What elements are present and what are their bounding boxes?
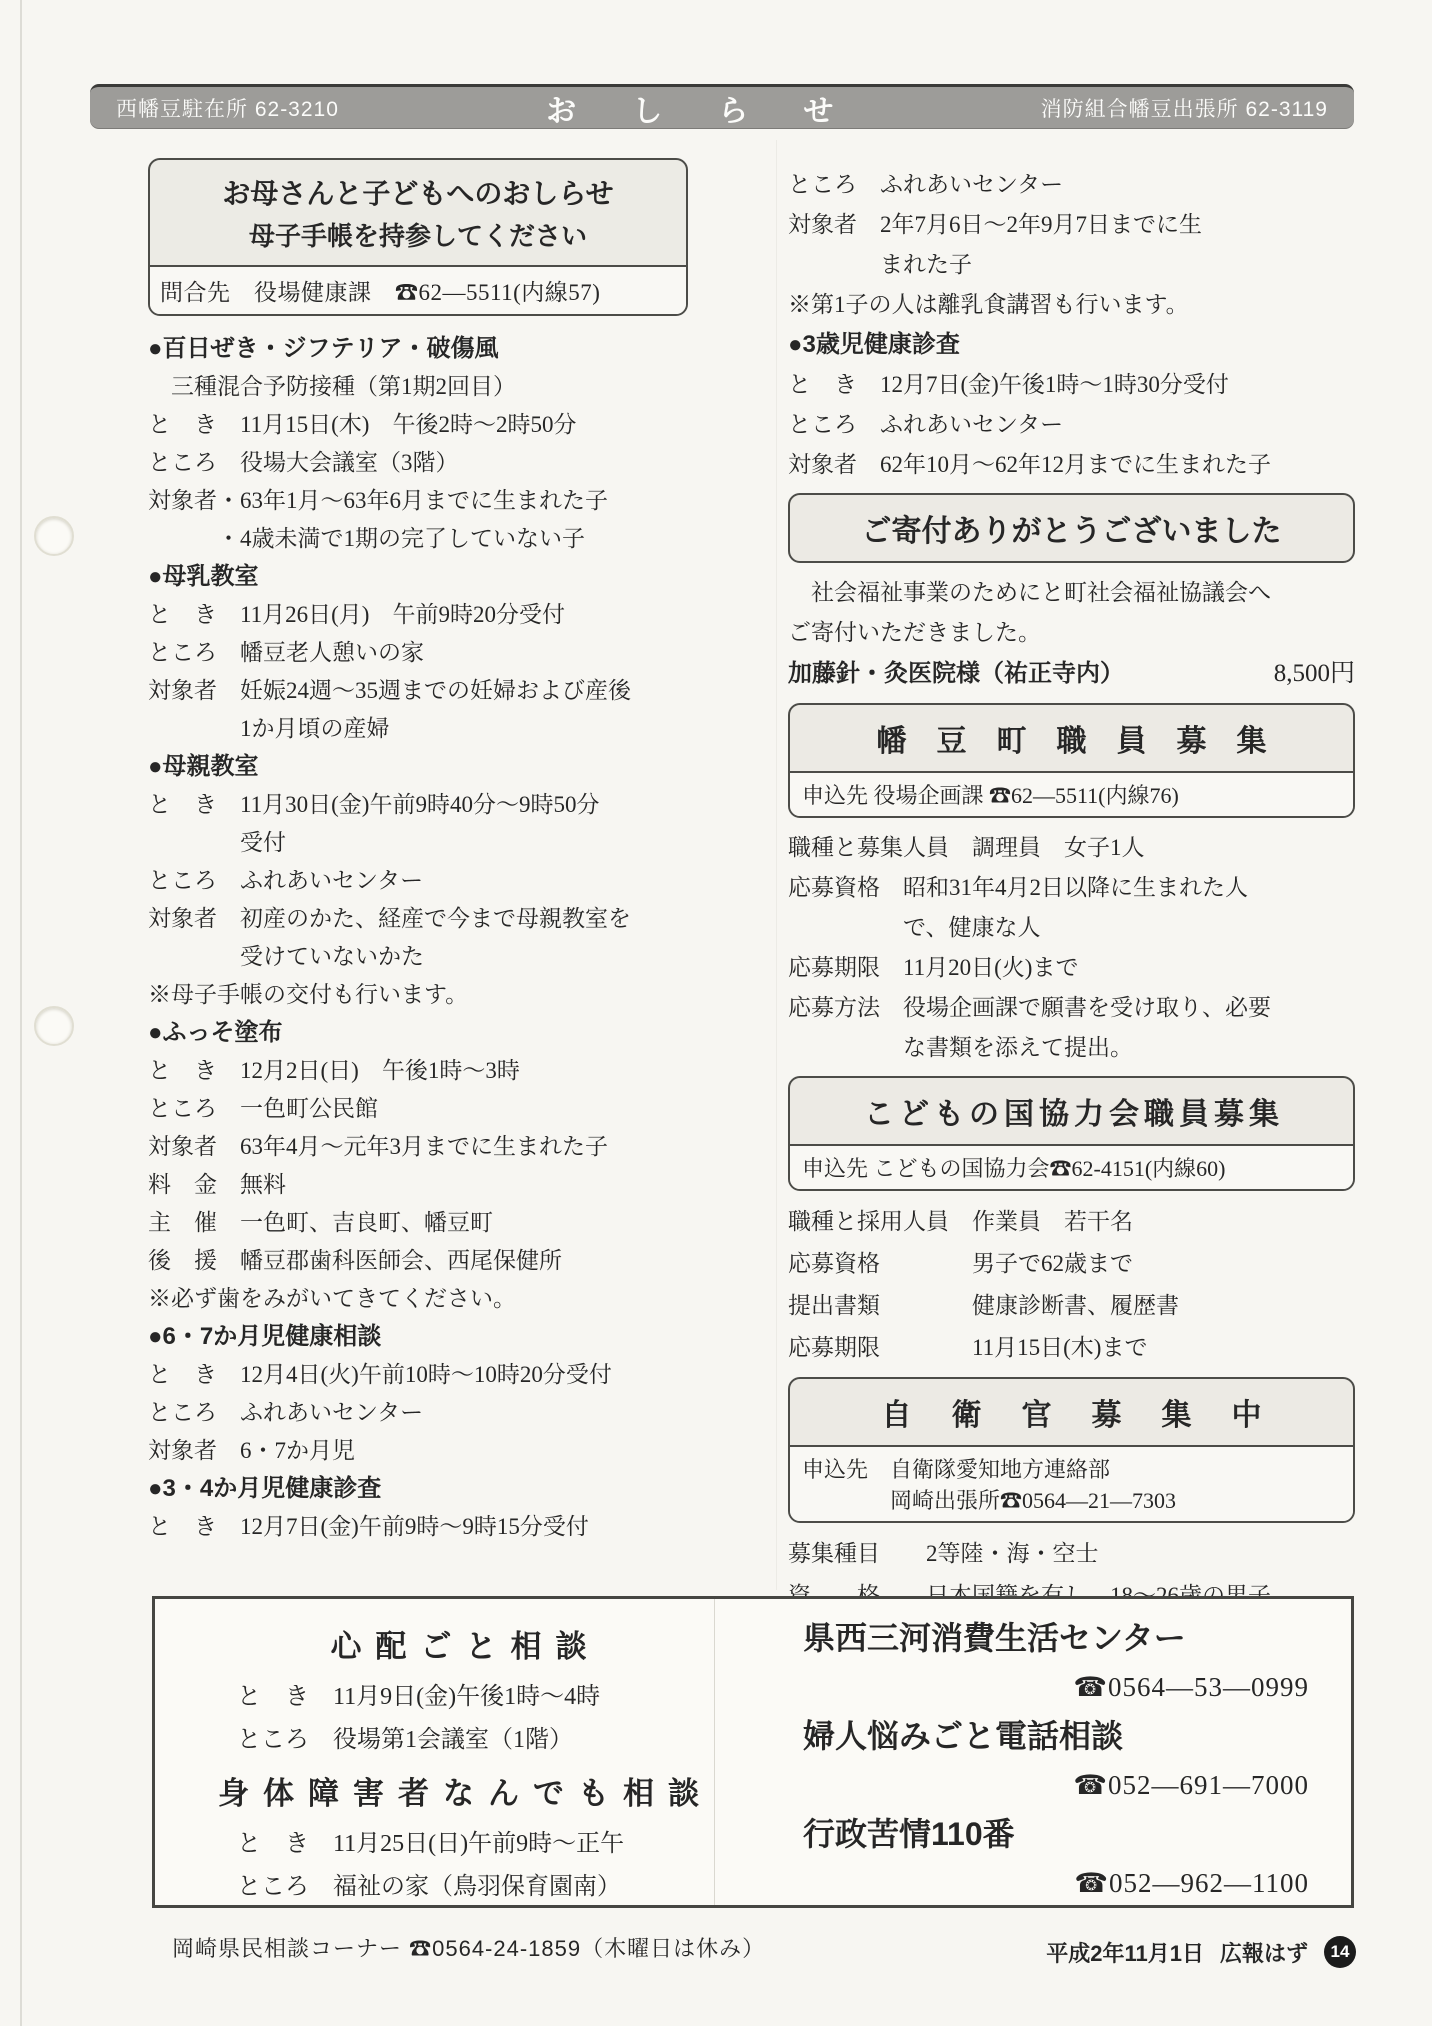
text-line: ところ 役場第1会議室（1階）: [213, 1719, 704, 1762]
checkup-continued-text: ところ ふれあいセンター対象者 2年7月6日〜2年9月7日までに生 まれた子※第…: [788, 165, 1355, 485]
town-recruit-text: 職種と募集人員 調理員 女子1人応募資格 昭和31年4月2日以降に生まれた人 で…: [788, 828, 1355, 1068]
text-line: ●百日ぜき・ジフテリア・破傷風: [148, 330, 688, 368]
service-phone: ☎052—962—1100: [803, 1859, 1309, 1907]
text-line: と き 12月7日(金)午後1時〜1時30分受付: [788, 365, 1355, 405]
text-line: ところ 幡豆老人憩いの家: [148, 634, 688, 672]
footer-date: 平成2年11月1日: [1046, 1937, 1204, 1968]
text-line: 提出書類 健康診断書、履歴書: [788, 1285, 1355, 1327]
donation-thanks-box: ご寄付ありがとうございました: [788, 493, 1355, 563]
service-name: 婦人悩みごと電話相談: [803, 1711, 1309, 1761]
jsdf-recruit-box: 自衛官募集中 申込先 自衛隊愛知地方連絡部 岡崎出張所☎0564—21—7303: [788, 1377, 1355, 1523]
text-line: ところ ふれあいセンター: [788, 405, 1355, 445]
text-line: 後 援 幡豆郡歯科医師会、西尾保健所: [148, 1242, 688, 1280]
text-line: ・4歳未満で1期の完了していない子: [148, 520, 688, 558]
text-line: ●6・7か月児健康相談: [148, 1318, 688, 1356]
worry-consult-text: と き 11月9日(金)午後1時〜4時ところ 役場第1会議室（1階）: [213, 1676, 704, 1762]
text-line: 社会福祉事業のためにと町社会福祉協議会へ: [788, 573, 1355, 613]
kodomo-recruit-contact: 申込先 こどもの国協力会☎62-4151(内線60): [790, 1144, 1353, 1189]
text-line: 応募方法 役場企画課で願書を受け取り、必要: [788, 988, 1355, 1028]
text-line: ところ ふれあいセンター: [788, 165, 1355, 205]
text-line: と き 11月15日(木) 午後2時〜2時50分: [148, 406, 688, 444]
notice-contact: 問合先 役場健康課 ☎62—5511(内線57): [150, 265, 686, 314]
text-line: ●ふっそ塗布: [148, 1014, 688, 1052]
service-name: 行政苦情110番: [803, 1809, 1309, 1859]
text-line: と き 12月7日(金)午前9時〜9時15分受付: [148, 1508, 688, 1546]
text-line: と き 11月25日(日)午前9時〜正午: [213, 1823, 704, 1866]
text-line: 対象者 6・7か月児: [148, 1432, 688, 1470]
text-line: 対象者 62年10月〜62年12月までに生まれた子: [788, 445, 1355, 485]
text-line: まれた子: [788, 245, 1355, 285]
header-right-contact: 消防組合幡豆出張所 62-3119: [1041, 93, 1328, 123]
text-line: 対象者 2年7月6日〜2年9月7日までに生: [788, 205, 1355, 245]
text-line: ※第1子の人は離乳食講習も行います。: [788, 285, 1355, 325]
text-line: ところ ふれあいセンター: [148, 1394, 688, 1432]
left-column: お母さんと子どもへのおしらせ 母子手帳を持参してください 問合先 役場健康課 ☎…: [148, 158, 688, 1546]
punch-hole: [34, 1006, 74, 1046]
town-recruit-title: 幡豆町職員募集: [790, 705, 1355, 771]
donation-amount: 8,500円: [1274, 653, 1355, 695]
text-line: 応募期限 11月20日(火)まで: [788, 948, 1355, 988]
left-column-text: ●百日ぜき・ジフテリア・破傷風 三種混合予防接種（第1期2回目）と き 11月1…: [148, 330, 688, 1546]
donor-row: 加藤針・灸医院様（祐正寺内） 8,500円: [788, 653, 1355, 695]
kodomo-recruit-text: 職種と採用人員 作業員 若干名応募資格 男子で62歳まで提出書類 健康診断書、履…: [788, 1201, 1355, 1369]
donation-body-text: 社会福祉事業のためにと町社会福祉協議会へご寄付いただきました。: [788, 573, 1355, 653]
header-left-contact: 西幡豆駐在所 62-3210: [116, 93, 339, 123]
text-line: 応募資格 男子で62歳まで: [788, 1243, 1355, 1285]
text-line: ※母子手帳の交付も行います。: [148, 976, 688, 1014]
text-line: ところ 福祉の家（鳥羽保育園南）: [213, 1866, 704, 1909]
right-column: ところ ふれあいセンター対象者 2年7月6日〜2年9月7日までに生 まれた子※第…: [788, 165, 1355, 1659]
text-line: 職種と採用人員 作業員 若干名: [788, 1201, 1355, 1243]
service-phone: ☎052—691—7000: [803, 1761, 1309, 1809]
disability-consult-text: と き 11月25日(日)午前9時〜正午ところ 福祉の家（鳥羽保育園南）: [213, 1823, 704, 1909]
notice-title: お母さんと子どもへのおしらせ: [150, 160, 686, 214]
donor-name: 加藤針・灸医院様（祐正寺内）: [788, 653, 1124, 695]
town-recruit-contact: 申込先 役場企画課 ☎62—5511(内線76): [790, 771, 1353, 816]
text-line: 応募期限 11月15日(木)まで: [788, 1327, 1355, 1369]
page-title: おしらせ: [546, 86, 889, 130]
worry-consult-title: 心配ごと相談: [213, 1615, 718, 1676]
newsletter-page: 西幡豆駐在所 62-3210 おしらせ 消防組合幡豆出張所 62-3119 お母…: [0, 0, 1432, 2026]
text-line: と き 11月30日(金)午前9時40分〜9時50分: [148, 786, 688, 824]
donation-box-title: ご寄付ありがとうございました: [790, 495, 1353, 561]
disability-consult-title: 身体障害者なんでも相談: [213, 1762, 718, 1823]
header-bar: 西幡豆駐在所 62-3210 おしらせ 消防組合幡豆出張所 62-3119: [90, 84, 1354, 128]
text-line: 対象者 63年4月〜元年3月までに生まれた子: [148, 1128, 688, 1166]
text-line: ●母親教室: [148, 748, 688, 786]
text-line: 料 金 無料: [148, 1166, 688, 1204]
text-line: 受付: [148, 824, 688, 862]
jsdf-recruit-title: 自衛官募集中: [790, 1379, 1355, 1445]
text-line: ●3・4か月児健康診査: [148, 1470, 688, 1508]
text-line: ところ ふれあいセンター: [148, 862, 688, 900]
jsdf-contact-line1: 申込先 自衛隊愛知地方連絡部: [802, 1453, 1341, 1484]
text-line: 1か月頃の産婦: [148, 710, 688, 748]
text-line: な書類を添えて提出。: [788, 1028, 1355, 1068]
text-line: 三種混合予防接種（第1期2回目）: [148, 368, 688, 406]
jsdf-recruit-contact: 申込先 自衛隊愛知地方連絡部 岡崎出張所☎0564—21—7303: [790, 1445, 1353, 1521]
text-line: で、健康な人: [788, 908, 1355, 948]
kodomo-recruit-box: こどもの国協力会職員募集 申込先 こどもの国協力会☎62-4151(内線60): [788, 1076, 1355, 1191]
footer-publication-info: 平成2年11月1日 広報はず 14: [1046, 1936, 1356, 1968]
punch-hole: [34, 516, 74, 556]
text-line: 応募資格 昭和31年4月2日以降に生まれた人: [788, 868, 1355, 908]
text-line: ●母乳教室: [148, 558, 688, 596]
footer-consult-corner: 岡崎県民相談コーナー ☎0564-24-1859（木曜日は休み）: [172, 1932, 765, 1963]
page-edge-line: [20, 0, 22, 2026]
text-line: ところ 一色町公民館: [148, 1090, 688, 1128]
text-line: 対象者 初産のかた、経産で今まで母親教室を: [148, 900, 688, 938]
text-line: ●3歳児健康診査: [788, 325, 1355, 365]
text-line: 職種と募集人員 調理員 女子1人: [788, 828, 1355, 868]
service-phone: ☎0564—53—0999: [803, 1663, 1309, 1711]
text-line: ご寄付いただきました。: [788, 613, 1355, 653]
service-name: 県西三河消費生活センター: [803, 1613, 1309, 1663]
consultation-left: 心配ごと相談 と き 11月9日(金)午後1時〜4時ところ 役場第1会議室（1階…: [155, 1599, 715, 1905]
consultation-box: 心配ごと相談 と き 11月9日(金)午後1時〜4時ところ 役場第1会議室（1階…: [152, 1596, 1354, 1908]
notice-subtitle: 母子手帳を持参してください: [150, 214, 686, 265]
column-divider: [776, 140, 777, 1590]
text-line: ※必ず歯をみがいてきてください。: [148, 1280, 688, 1318]
text-line: 対象者 妊娠24週〜35週までの妊婦および産後: [148, 672, 688, 710]
text-line: 対象者・63年1月〜63年6月までに生まれた子: [148, 482, 688, 520]
text-line: ところ 役場大会議室（3階）: [148, 444, 688, 482]
kodomo-recruit-title: こどもの国協力会職員募集: [790, 1078, 1355, 1144]
page-number-badge: 14: [1324, 1936, 1356, 1968]
text-line: と き 12月4日(火)午前10時〜10時20分受付: [148, 1356, 688, 1394]
text-line: 受けていないかた: [148, 938, 688, 976]
footer-publication-name: 広報はず: [1220, 1937, 1308, 1968]
mother-child-notice-box: お母さんと子どもへのおしらせ 母子手帳を持参してください 問合先 役場健康課 ☎…: [148, 158, 688, 316]
phone-services: 県西三河消費生活センター☎0564—53—0999婦人悩みごと電話相談☎052—…: [715, 1599, 1351, 1905]
text-line: 募集種目 2等陸・海・空士: [788, 1533, 1355, 1575]
town-recruit-box: 幡豆町職員募集 申込先 役場企画課 ☎62—5511(内線76): [788, 703, 1355, 818]
text-line: と き 12月2日(日) 午後1時〜3時: [148, 1052, 688, 1090]
text-line: 主 催 一色町、吉良町、幡豆町: [148, 1204, 688, 1242]
text-line: と き 11月26日(月) 午前9時20分受付: [148, 596, 688, 634]
jsdf-contact-line2: 岡崎出張所☎0564—21—7303: [802, 1484, 1341, 1515]
text-line: と き 11月9日(金)午後1時〜4時: [213, 1676, 704, 1719]
